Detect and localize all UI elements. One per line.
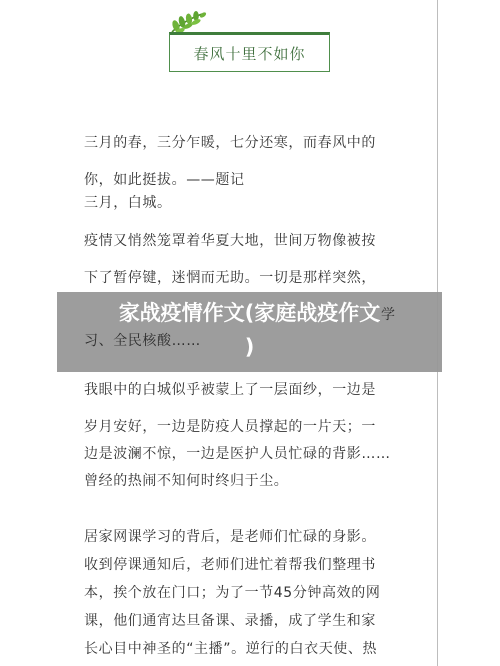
header-title-box: 春风十里不如你 bbox=[169, 32, 330, 72]
paragraph-line: 边是波澜不惊，一边是医护人员忙碌的背影…… bbox=[84, 444, 391, 464]
paragraph-line: 我眼中的白城似乎被蒙上了一层面纱，一边是 bbox=[84, 380, 376, 400]
paragraph-line: 本，挨个放在门口；为了一节45分钟高效的网 bbox=[84, 583, 380, 603]
paragraph-line: 你，如此挺拔。——题记 bbox=[84, 170, 245, 190]
paragraph-line: 三月的春，三分乍暖，七分还寒，而春风中的 bbox=[84, 133, 376, 153]
overlay-title-line1: 家战疫情作文(家庭战疫作文 bbox=[57, 296, 442, 330]
paragraph-line: 长心目中神圣的“主播”。逆行的白衣天使、热 bbox=[84, 639, 377, 659]
paragraph-line: 收到停课通知后，老师们进忙着帮我们整理书 bbox=[84, 555, 376, 575]
paragraph-line: 居家网课学习的背后，是老师们忙碌的身影。 bbox=[84, 527, 376, 547]
paragraph-line: 下了暂停键，迷惘而无助。一切是那样突然， bbox=[84, 268, 376, 288]
paragraph-line: 曾经的热闹不知何时终归于尘。 bbox=[84, 471, 288, 491]
paragraph-line: 疫情又悄然笼罩着华夏大地，世间万物像被按 bbox=[84, 231, 376, 251]
overlay-title: 家战疫情作文(家庭战疫作文 ) bbox=[57, 296, 442, 364]
overlay-title-line2: ) bbox=[57, 330, 442, 364]
paragraph-line: 岁月安好，一边是防疫人员撑起的一片天；一 bbox=[84, 417, 376, 437]
title-overlay-banner: 学 习、全民核酸…… 家战疫情作文(家庭战疫作文 ) bbox=[57, 292, 442, 372]
page: 春风十里不如你 三月的春，三分乍暖，七分还寒，而春风中的 你，如此挺拔。——题记… bbox=[0, 0, 500, 666]
header-title: 春风十里不如你 bbox=[193, 43, 305, 64]
paragraph-line: 课，他们通宵达旦备课、录播，成了学生和家 bbox=[84, 611, 376, 631]
leaf-icon bbox=[168, 10, 208, 34]
paragraph-line: 三月，白城。 bbox=[84, 193, 172, 213]
